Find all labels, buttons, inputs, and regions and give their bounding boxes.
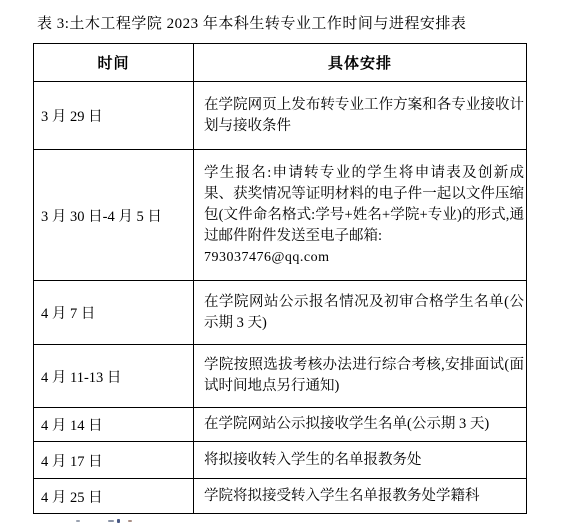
time-cell: 3 月 29 日 [34, 82, 194, 150]
email-address: 793037476@qq.com [204, 247, 524, 268]
table-row: 4 月 7 日 在学院网站公示报名情况及初审合格学生名单(公示期 3 天) [34, 281, 527, 345]
time-cell: 4 月 17 日 [34, 442, 194, 479]
schedule-table: 时间 具体安排 3 月 29 日 在学院网页上发布转专业工作方案和各专业接收计划… [33, 43, 527, 514]
detail-cell: 学生报名:申请转专业的学生将申请表及创新成果、获奖情况等证明材料的电子件一起以文… [194, 150, 527, 281]
document-page: 表 3:土木工程学院 2023 年本科生转专业工作时间与进程安排表 时间 具体安… [0, 0, 576, 523]
table-row: 4 月 14 日 在学院网站公示拟接收学生名单(公示期 3 天) [34, 408, 527, 442]
table-row: 3 月 29 日 在学院网页上发布转专业工作方案和各专业接收计划与接收条件 [34, 82, 527, 150]
table-row: 4 月 17 日 将拟接收转入学生的名单报教务处 [34, 442, 527, 479]
clipped-text-fragment [60, 519, 140, 523]
table-row: 4 月 25 日 学院将拟接受转入学生名单报教务处学籍科 [34, 479, 527, 514]
table-caption: 表 3:土木工程学院 2023 年本科生转专业工作时间与进程安排表 [37, 12, 466, 33]
table-row: 4 月 11-13 日 学院按照选拔考核办法进行综合考核,安排面试(面试时间地点… [34, 345, 527, 408]
detail-cell: 在学院网站公示拟接收学生名单(公示期 3 天) [194, 408, 527, 442]
detail-text: 学生报名:申请转专业的学生将申请表及创新成果、获奖情况等证明材料的电子件一起以文… [204, 165, 524, 244]
time-cell: 4 月 11-13 日 [34, 345, 194, 408]
time-cell: 4 月 25 日 [34, 479, 194, 514]
time-cell: 4 月 14 日 [34, 408, 194, 442]
detail-cell: 在学院网页上发布转专业工作方案和各专业接收计划与接收条件 [194, 82, 527, 150]
header-row: 时间 具体安排 [34, 44, 527, 82]
col-header-time: 时间 [34, 44, 194, 82]
time-cell: 4 月 7 日 [34, 281, 194, 345]
detail-cell: 学院按照选拔考核办法进行综合考核,安排面试(面试时间地点另行通知) [194, 345, 527, 408]
table-row: 3 月 30 日-4 月 5 日 学生报名:申请转专业的学生将申请表及创新成果、… [34, 150, 527, 281]
detail-cell: 将拟接收转入学生的名单报教务处 [194, 442, 527, 479]
col-header-detail: 具体安排 [194, 44, 527, 82]
detail-cell: 学院将拟接受转入学生名单报教务处学籍科 [194, 479, 527, 514]
detail-cell: 在学院网站公示报名情况及初审合格学生名单(公示期 3 天) [194, 281, 527, 345]
time-cell: 3 月 30 日-4 月 5 日 [34, 150, 194, 281]
